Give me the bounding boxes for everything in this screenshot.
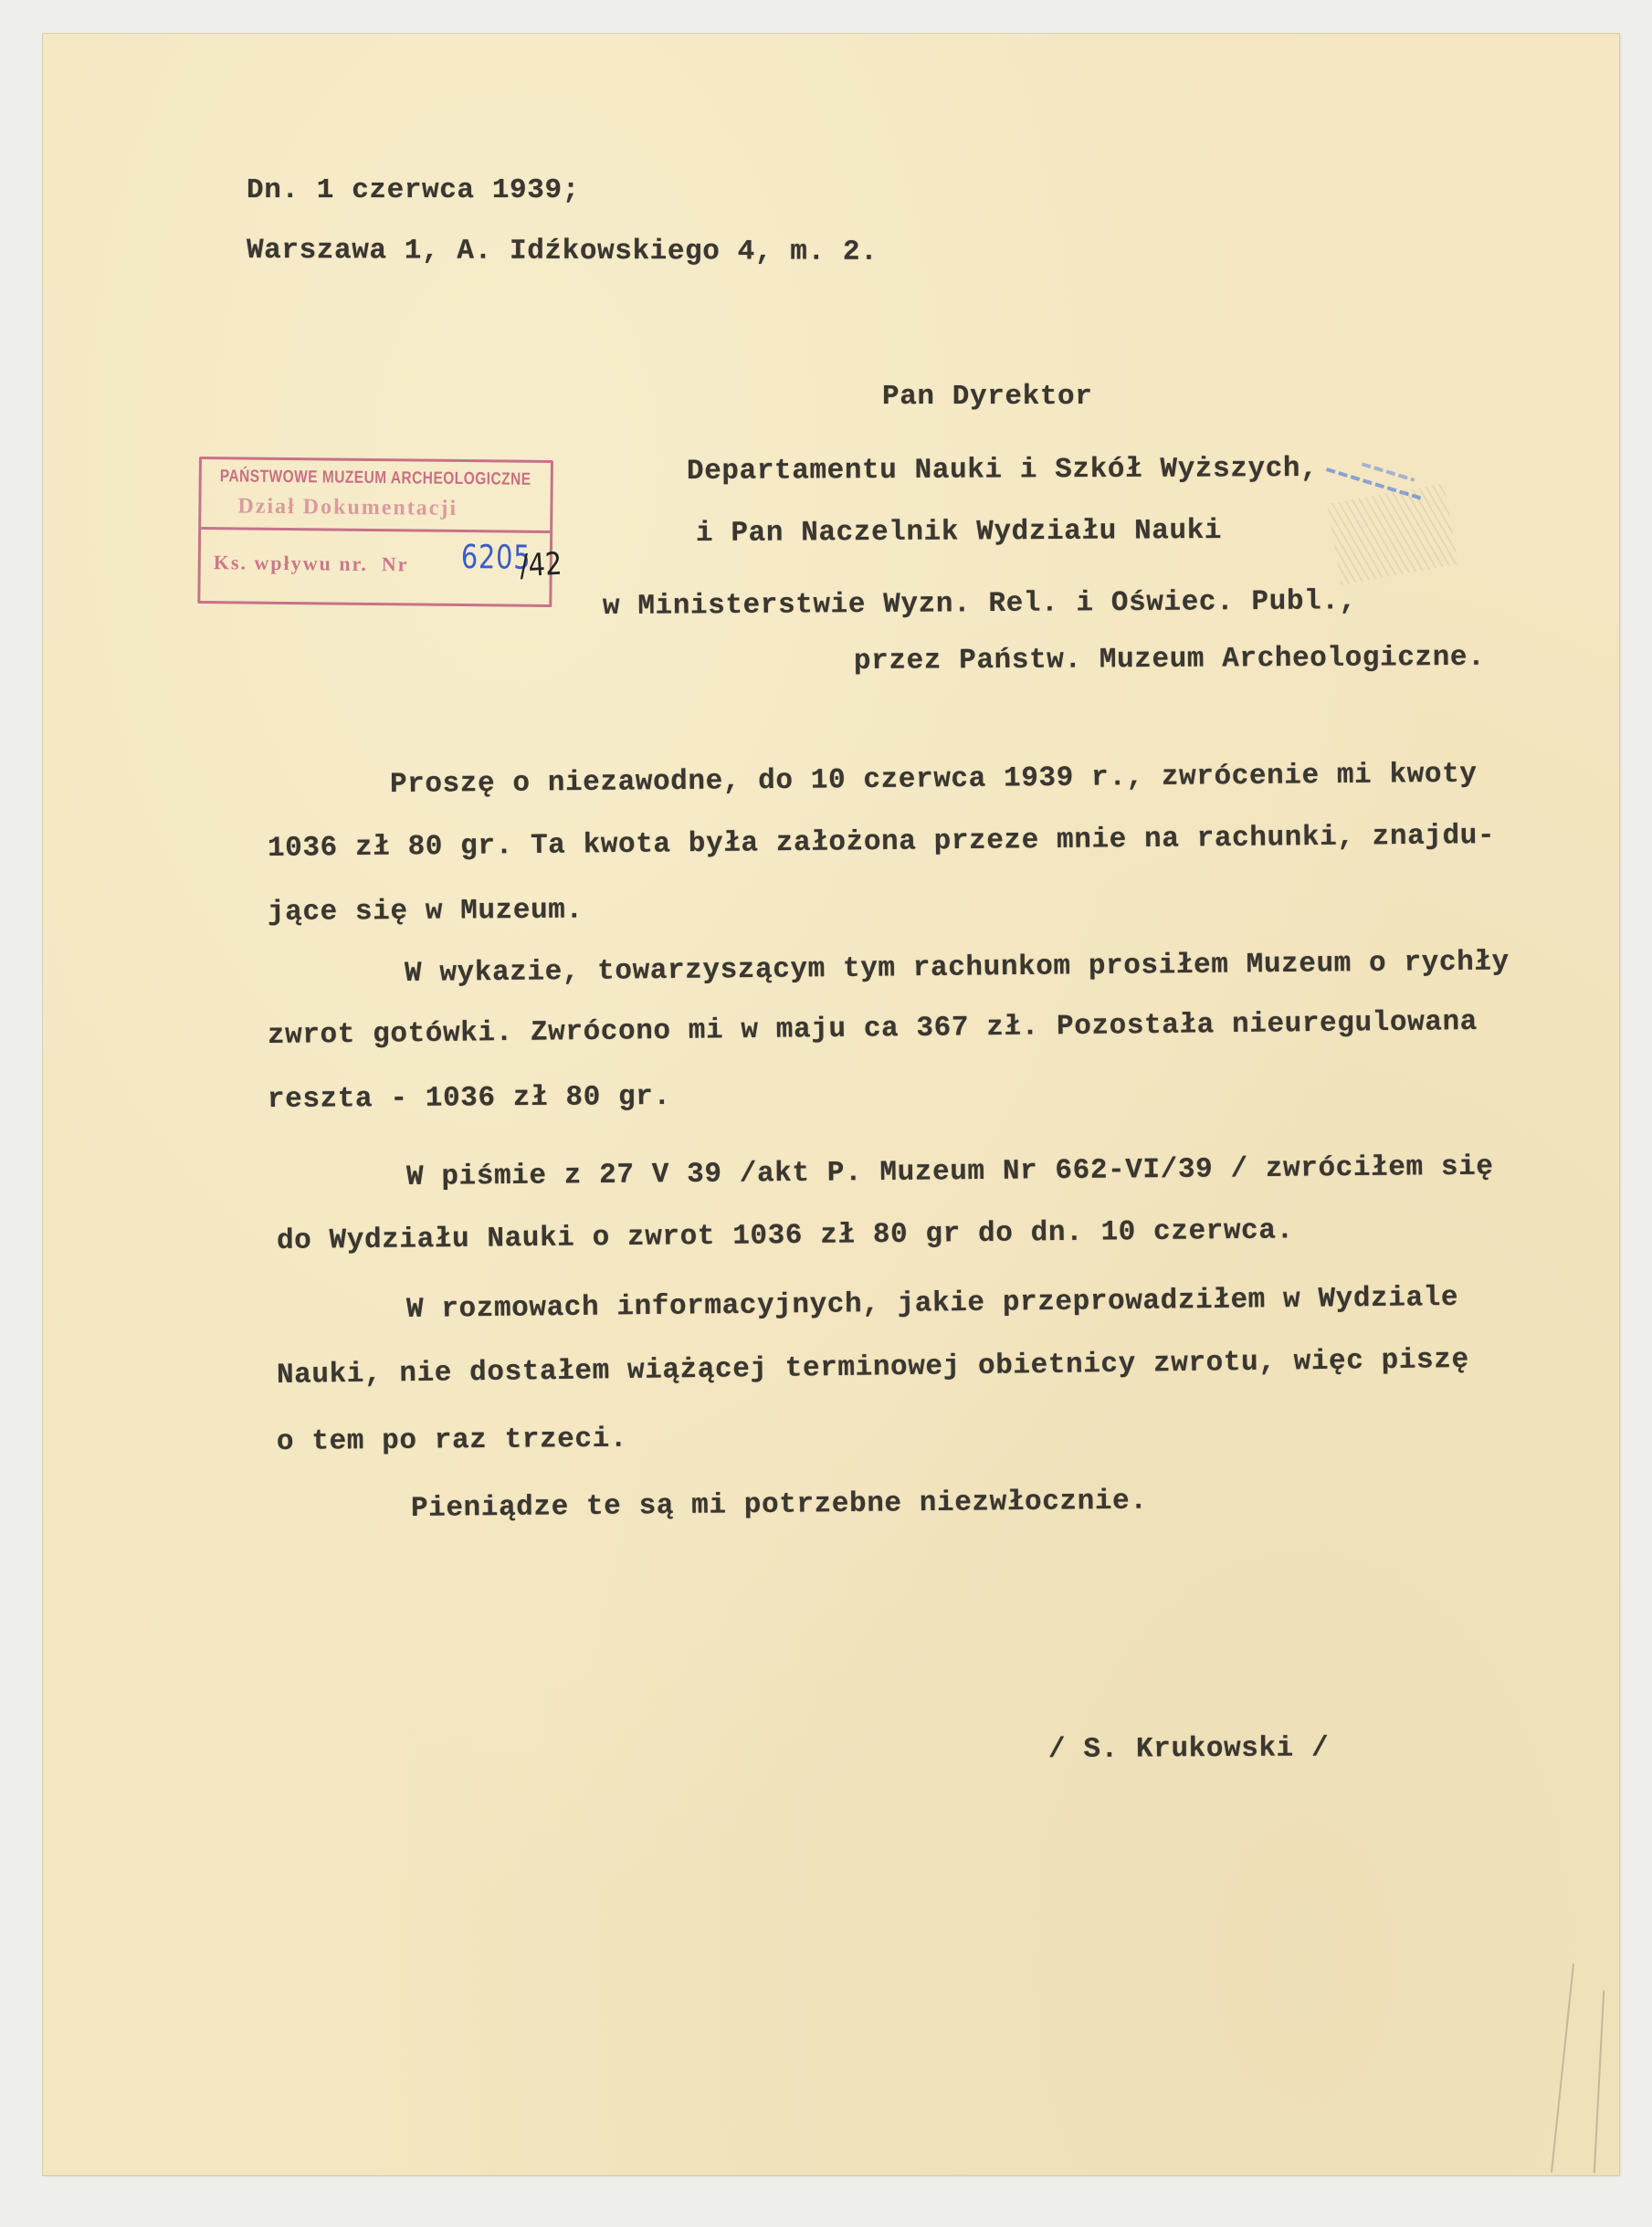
stamp-registry-suffix: /42: [519, 546, 563, 585]
body-line: jące się w Muzeum.: [268, 896, 584, 929]
body-line: o tem po raz trzeci.: [277, 1424, 627, 1458]
registry-stamp: PAŃSTWOWE MUZEUM ARCHEOLOGICZNE Dział Do…: [197, 457, 553, 607]
date-line: Dn. 1 czerwca 1939;: [247, 175, 580, 206]
sender-address: Warszawa 1, A. Idźkowskiego 4, m. 2.: [247, 236, 878, 268]
stamp-institution: PAŃSTWOWE MUZEUM ARCHEOLOGICZNE: [220, 467, 531, 490]
addressee-line-5: przez Państw. Muzeum Archeologiczne.: [854, 643, 1486, 678]
body-line: reszta - 1036 zł 80 gr.: [268, 1082, 671, 1116]
addressee-line-3: i Pan Naczelnik Wydziału Nauki: [696, 516, 1222, 550]
signature: / S. Krukowski /: [1048, 1733, 1329, 1766]
stamp-department: Dział Dokumentacji: [237, 494, 458, 521]
addressee-line-4: w Ministerstwie Wyzn. Rel. i Oświec. Pub…: [603, 586, 1357, 623]
addressee-line-1: Pan Dyrektor: [882, 382, 1092, 413]
stamp-registry-label: Ks. wpływu nr. Nr: [214, 551, 409, 576]
addressee-line-2: Departamentu Nauki i Szkół Wyższych,: [687, 454, 1318, 488]
